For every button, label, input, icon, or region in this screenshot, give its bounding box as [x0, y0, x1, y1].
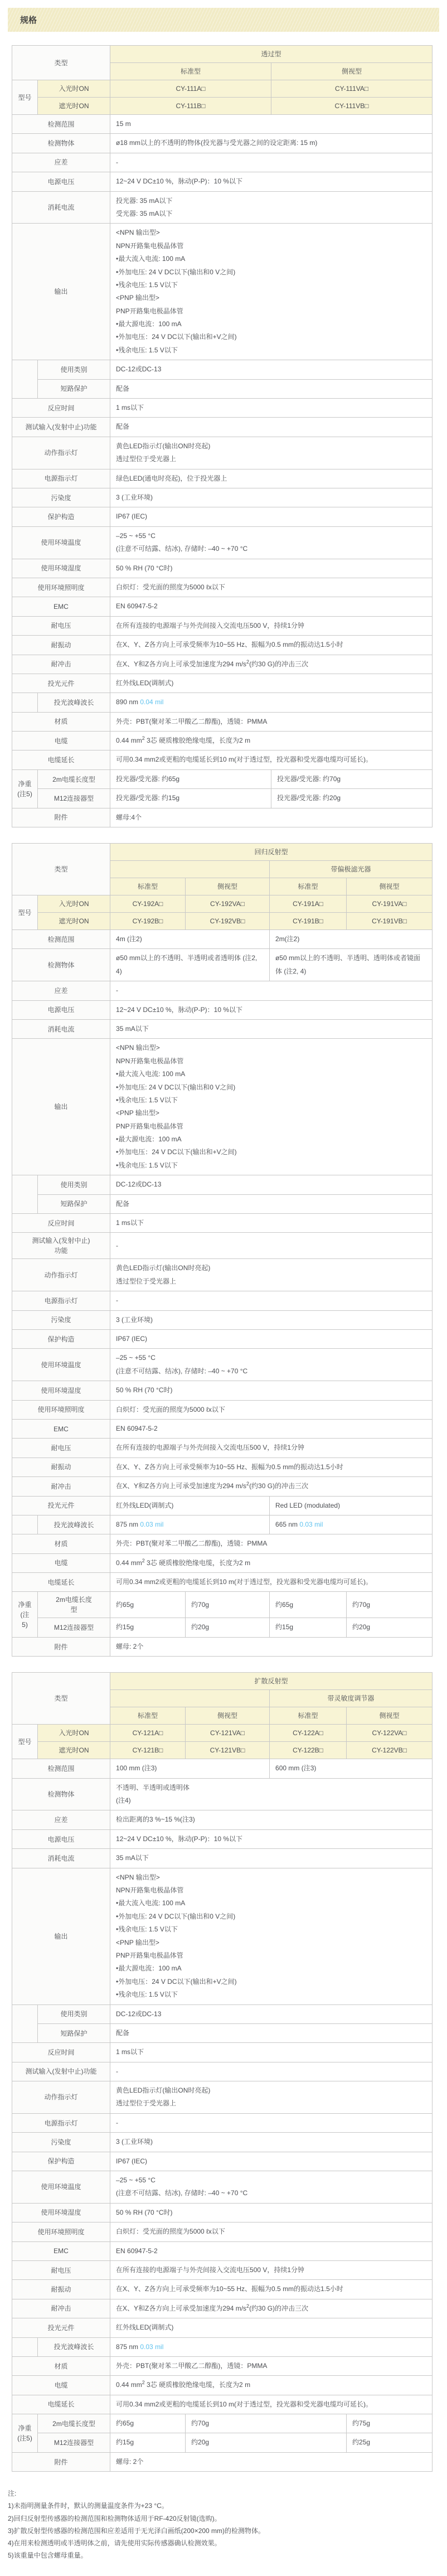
table-row: 使用类别DC-12或DC-13	[12, 360, 433, 379]
text-segment: 35 mA以下	[116, 1025, 149, 1033]
text-segment: Red LED (modulated)	[275, 1502, 340, 1509]
spec-label: 电源指示灯	[12, 469, 110, 488]
text-segment: 螺母: 2个	[116, 2458, 143, 2466]
table-row: M12连接器型投光器/受光器: 约15g投光器/受光器: 约20g	[12, 789, 433, 808]
text-segment: 3 (工业环境)	[116, 1316, 153, 1324]
spec-label: 投光元件	[12, 674, 110, 693]
text-segment: 50 % RH (70 °C时)	[116, 1386, 173, 1394]
spec-label: EMC	[12, 1419, 110, 1438]
text-segment: -	[116, 986, 118, 994]
section-header: 规格	[8, 8, 439, 32]
spec-value: 3 (工业环境)	[110, 2133, 433, 2152]
spec-label: 反应时间	[12, 399, 110, 418]
spec-label: 使用环境湿度	[12, 1381, 110, 1400]
text-segment: 约15g	[116, 1623, 134, 1631]
text-segment: 螺母: 2个	[116, 1643, 143, 1650]
text-segment: -	[116, 1296, 118, 1304]
table-row: EMCEN 60947-5-2	[12, 597, 433, 616]
spec-value: –25 ~ +55 °C (注意不可结露、结冰), 存储时: –40 ~ +70…	[110, 526, 433, 559]
table-row: 检测范围100 mm (注3)600 mm (注3)	[12, 1759, 433, 1778]
model-number-cell: CY-111B□	[110, 98, 271, 115]
text-segment: 1 ms以下	[116, 1219, 144, 1227]
section-title: 规格	[20, 16, 37, 25]
spec-label: 短路保护	[38, 1194, 110, 1213]
text-segment: 在X、Y和Z各方向上可承受加速度为294 m/s	[116, 660, 246, 668]
text-segment: <NPN 输出型> NPN开路集电极晶体管 •最大流入电流: 100 mA •外…	[116, 229, 237, 354]
spec-value: 在所有连接的电源端子与外壳间接入交流电压500 V，持续1分钟	[110, 1439, 433, 1458]
spec-label: 附件	[12, 2452, 110, 2471]
text-segment: 黄色LED指示灯(输出ON时亮起) 透过型位于受光器上	[116, 442, 210, 463]
unit-conversion-link[interactable]: 0.03 mil	[299, 1521, 323, 1528]
text-segment: 约25g	[352, 2438, 370, 2446]
spec-value: 1 ms以下	[110, 2043, 433, 2062]
table-row: 保护构造IP67 (IEC)	[12, 2152, 433, 2171]
table-row: 使用类别DC-12或DC-13	[12, 2004, 433, 2023]
spec-label: 投光元件	[12, 2318, 110, 2337]
model-number-cell: CY-121VA□	[186, 1725, 270, 1742]
table-row: 检测物体ø50 mm以上的不透明、半透明或者透明体 (注2, 4)ø50 mm以…	[12, 949, 433, 981]
spec-value: 可用0.34 mm2或更粗的电缆延长到10 m(对于透过型，投光器和受光器电缆均…	[110, 2395, 433, 2414]
text-segment: 15 m	[116, 120, 131, 128]
spec-label: 应差	[12, 153, 110, 172]
table-row: 消耗电流35 mA以下	[12, 1849, 433, 1868]
spec-value: -	[110, 981, 433, 1000]
text-segment: 3 (工业环境)	[116, 2138, 153, 2146]
spec-value: 4m (注2)	[110, 930, 270, 949]
table-row: 耐电压在所有连接的电源端子与外壳间接入交流电压500 V，持续1分钟	[12, 2260, 433, 2279]
model-label-cell: 型号	[12, 80, 38, 115]
spec-value: IP67 (IEC)	[110, 507, 433, 526]
spec-value: -	[110, 2113, 433, 2132]
text-segment: 外壳：PBT(聚对苯二甲酸乙二醇酯)，透镜：PMMA	[116, 2362, 267, 2370]
column-header-cell: 侧视型	[271, 63, 433, 80]
spec-value: 投光器/受光器: 约20g	[271, 789, 433, 808]
text-segment: 约15g	[275, 1623, 293, 1631]
spec-value: 1 ms以下	[110, 1214, 433, 1233]
table-row: 应差-	[12, 153, 433, 172]
model-condition-cell: 遮光时ON	[38, 913, 110, 930]
table-row: 投光波峰波长875 nm 0.03 mil665 nm 0.03 mil	[12, 1515, 433, 1534]
spec-value: 15 m	[110, 115, 433, 134]
model-number-cell: CY-111VA□	[271, 80, 433, 98]
table-row: 耐振动在X、Y、Z各方向上可承受频率为10~55 Hz、振幅为0.5 mm的振动…	[12, 2280, 433, 2299]
table-row: 污染度3 (工业环境)	[12, 488, 433, 507]
model-number-cell: CY-192VA□	[186, 895, 270, 913]
table-row: 检测范围15 m	[12, 115, 433, 134]
spec-value: –25 ~ +55 °C (注意不可结露、结冰), 存储时: –40 ~ +70…	[110, 1349, 433, 1381]
text-segment: IP67 (IEC)	[116, 2157, 147, 2165]
spec-label: 耐冲击	[12, 1477, 110, 1496]
spec-value: 投光器/受光器: 约15g	[110, 789, 271, 808]
spec-label: 使用类别	[38, 1175, 110, 1194]
text-segment: EN 60947-5-2	[116, 602, 158, 610]
spec-value: ø18 mm以上的不透明的物体(投光器与受光器之间的设定距离: 15 m)	[110, 134, 433, 153]
spec-label: 检测范围	[12, 930, 110, 949]
spec-value: 约20g	[186, 2433, 347, 2452]
note-item: 4)在用来检测透明或半透明体之前，请先使用实际传感器确认检测效果。	[8, 2537, 439, 2549]
spec-value: 50 % RH (70 °C时)	[110, 2203, 433, 2222]
spec-label: 投光波峰波长	[38, 693, 110, 712]
table-row: 电缆0.44 mm2 3芯 硬质橡胶绝缘电缆，长度为2 m	[12, 2376, 433, 2395]
spec-label: 附件	[12, 808, 110, 827]
spec-value: 100 mm (注3)	[110, 1759, 270, 1778]
text-segment: 约65g	[116, 2419, 134, 2427]
spec-label: 电源指示灯	[12, 2113, 110, 2132]
indent-spacer-cell	[12, 1175, 38, 1214]
model-number-cell: CY-121VB□	[186, 1742, 270, 1759]
unit-conversion-link[interactable]: 0.03 mil	[140, 1521, 163, 1528]
table-row: 电源电压12~24 V DC±10 %，脉动(P-P)：10 %以下	[12, 172, 433, 191]
table-row: EMCEN 60947-5-2	[12, 2241, 433, 2260]
spec-value: 3 (工业环境)	[110, 488, 433, 507]
table-row: 保护构造IP67 (IEC)	[12, 507, 433, 526]
spec-label: 应差	[12, 981, 110, 1000]
text-segment: 在X、Y、Z各方向上可承受频率为10~55 Hz、振幅为0.5 mm的振动达1.…	[116, 1463, 343, 1471]
spec-value: 配备	[110, 1194, 433, 1213]
table-row: 使用环境温度–25 ~ +55 °C (注意不可结露、结冰), 存储时: –40…	[12, 526, 433, 559]
text-segment: 4m (注2)	[116, 935, 142, 943]
retroreflective-table-wrap: 类型回归反射型带偏极滤光器标准型侧视型标准型侧视型型号入光时ONCY-192A□…	[12, 843, 432, 1657]
table-row: 使用环境湿度50 % RH (70 °C时)	[12, 559, 433, 578]
table-row: 使用环境温度–25 ~ +55 °C (注意不可结露、结冰), 存储时: –40…	[12, 1349, 433, 1381]
type-label-cell: 类型	[12, 1673, 110, 1725]
spec-label: 2m电缆长度 型	[38, 1592, 110, 1618]
spec-label: 检测物体	[12, 949, 110, 981]
type-label-cell: 类型	[12, 844, 110, 895]
table-row: 检测物体ø18 mm以上的不透明的物体(投光器与受光器之间的设定距离: 15 m…	[12, 134, 433, 153]
text-segment: -	[116, 1242, 118, 1250]
model-number-cell: CY-122VB□	[347, 1742, 433, 1759]
spec-table-retroreflective: 类型回归反射型带偏极滤光器标准型侧视型标准型侧视型型号入光时ONCY-192A□…	[12, 843, 433, 1657]
spec-label: 反应时间	[12, 1214, 110, 1233]
spec-label: 耐电压	[12, 1439, 110, 1458]
column-header-cell: 标准型	[110, 878, 186, 895]
model-number-cell: CY-191VB□	[347, 913, 433, 930]
text-segment: 约20g	[191, 2438, 209, 2446]
spec-value: 外壳：PBT(聚对苯二甲酸乙二醇酯)，透镜：PMMA	[110, 2356, 433, 2375]
spec-value: 约70g	[186, 1592, 270, 1618]
text-segment: 投光器: 35 mA以下 受光器: 35 mA以下	[116, 197, 172, 217]
spec-value: 投光器/受光器: 约70g	[271, 769, 433, 788]
table-row: 使用环境照明度白炽灯：受光面的照度为5000 ℓx以下	[12, 2222, 433, 2241]
text-segment: DC-12或DC-13	[116, 365, 161, 373]
table-row: 型号入光时ONCY-121A□CY-121VA□CY-122A□CY-122VA…	[12, 1725, 433, 1742]
spec-value: -	[110, 1291, 433, 1310]
spec-label: 检测范围	[12, 115, 110, 134]
text-segment: IP67 (IEC)	[116, 512, 147, 520]
table-row: 应差-	[12, 981, 433, 1000]
spec-label: 使用环境照明度	[12, 2222, 110, 2241]
spec-value: 在X、Y、Z各方向上可承受频率为10~55 Hz、振幅为0.5 mm的振动达1.…	[110, 1458, 433, 1476]
spec-value: –25 ~ +55 °C (注意不可结露、结冰), 存储时: –40 ~ +70…	[110, 2171, 433, 2204]
text-segment: 投光器/受光器: 约15g	[116, 794, 179, 802]
spec-label: 保护构造	[12, 1330, 110, 1349]
table-row: 耐振动在X、Y、Z各方向上可承受频率为10~55 Hz、振幅为0.5 mm的振动…	[12, 636, 433, 655]
spec-label: 消耗电流	[12, 1019, 110, 1038]
spec-label: 使用环境温度	[12, 2171, 110, 2204]
spec-value: 约65g	[110, 1592, 186, 1618]
text-segment: 在所有连接的电源端子与外壳间接入交流电压500 V，持续1分钟	[116, 2266, 304, 2274]
model-condition-cell: 遮光时ON	[38, 98, 110, 115]
model-number-cell: CY-191VA□	[347, 895, 433, 913]
table-row: 附件螺母: 2个	[12, 1637, 433, 1656]
spec-label: 使用环境湿度	[12, 559, 110, 578]
spec-value: 外壳：PBT(聚对苯二甲酸乙二醇酯)，透镜：PMMA	[110, 712, 433, 731]
text-segment: 可用0.34 mm2或更粗的电缆延长到10 m(对于透过型，投光器和受光器电缆均…	[116, 1578, 372, 1586]
spec-label: 电源电压	[12, 172, 110, 191]
spec-label: 短路保护	[38, 2023, 110, 2042]
table-row: 使用环境照明度白炽灯：受光面的照度为5000 ℓx以下	[12, 1400, 433, 1419]
unit-conversion-link[interactable]: 0.04 mil	[140, 698, 163, 706]
table-row: 动作指示灯黄色LED指示灯(输出ON时亮起) 透过型位于受光器上	[12, 437, 433, 469]
spec-table-diffuse-reflective: 类型扩散反射型带灵敏度调节器标准型侧视型标准型侧视型型号入光时ONCY-121A…	[12, 1672, 433, 2472]
text-segment: 可用0.34 mm2或更粗的电缆延长到10 m(对于透过型，投光器和受光器电缆均…	[116, 756, 372, 763]
spec-label: 使用类别	[38, 2004, 110, 2023]
column-header-cell: 标准型	[110, 1707, 186, 1725]
table-row: 保护构造IP67 (IEC)	[12, 1330, 433, 1349]
table-row: 检测物体不透明、半透明或透明体 (注4)	[12, 1778, 433, 1810]
spec-label: 使用环境温度	[12, 1349, 110, 1381]
text-segment: 配备	[116, 385, 129, 393]
spec-label: 短路保护	[38, 379, 110, 398]
spec-label: 测试输入(发射中止) 功能	[12, 1233, 110, 1259]
table-row: 投光波峰波长875 nm 0.03 mil	[12, 2337, 433, 2356]
model-number-cell: CY-111A□	[110, 80, 271, 98]
spec-label: 污染度	[12, 1310, 110, 1329]
footnote-list: 1)未指明测量条件时，默认的测量温度条件为+23 °C。2)回归反射型传感器的检…	[8, 2500, 439, 2562]
table-row: 电源指示灯-	[12, 1291, 433, 1310]
spec-value: 约15g	[110, 2433, 186, 2452]
spec-value: 约65g	[270, 1592, 347, 1618]
text-segment: 约15g	[116, 2438, 134, 2446]
spec-value: DC-12或DC-13	[110, 1175, 433, 1194]
table-row: 使用环境湿度50 % RH (70 °C时)	[12, 1381, 433, 1400]
table-row: 电源电压12~24 V DC±10 %，脉动(P-P)：10 %以下	[12, 1829, 433, 1848]
text-segment: (约30 G)的冲击三次	[249, 2304, 308, 2312]
indent-spacer-cell	[12, 360, 38, 399]
spec-value: 红外线LED(调制式)	[110, 674, 433, 693]
text-segment: 3芯 硬质橡胶绝缘电缆，长度为2 m	[145, 737, 250, 744]
text-segment: 配备	[116, 1200, 129, 1208]
text-segment: 约70g	[191, 2419, 209, 2427]
model-number-cell: CY-121B□	[110, 1742, 186, 1759]
table-row: 短路保护配备	[12, 379, 433, 398]
text-segment: 12~24 V DC±10 %，脉动(P-P)：10 %以下	[116, 177, 242, 185]
text-segment: 在所有连接的电源端子与外壳间接入交流电压500 V，持续1分钟	[116, 1444, 304, 1451]
note-item: 2)回归反射型传感器的检测范围和检测物体适用于RF-420反射镜(选购)。	[8, 2512, 439, 2525]
spec-label: 污染度	[12, 2133, 110, 2152]
subgroup-header-cell: 带灵敏度调节器	[270, 1690, 433, 1707]
spec-value: ø50 mm以上的不透明、半透明或者透明体 (注2, 4)	[110, 949, 270, 981]
spec-label: 投光波峰波长	[38, 1515, 110, 1534]
text-segment: 绿色LED(通电时亮起)，位于投光器上	[116, 474, 227, 482]
spec-value: Red LED (modulated)	[270, 1496, 433, 1515]
spec-label: 投光波峰波长	[38, 2337, 110, 2356]
table-row: 电源指示灯-	[12, 2113, 433, 2132]
spec-label: M12连接器型	[38, 1618, 110, 1637]
table-row: 净重 (注5)2m电缆长度型投光器/受光器: 约65g投光器/受光器: 约70g	[12, 769, 433, 788]
text-segment: EN 60947-5-2	[116, 1425, 158, 1432]
spec-value: 0.44 mm2 3芯 硬质橡胶绝缘电缆，长度为2 m	[110, 732, 433, 750]
note-item: 1)未指明测量条件时，默认的测量温度条件为+23 °C。	[8, 2500, 439, 2512]
spec-label: 材质	[12, 712, 110, 731]
text-segment: 外壳：PBT(聚对苯二甲酸乙二醇酯)，透镜：PMMA	[116, 718, 267, 725]
table-row: 类型回归反射型	[12, 844, 433, 861]
model-number-cell: CY-192A□	[110, 895, 186, 913]
table-row: 使用环境温度–25 ~ +55 °C (注意不可结露、结冰), 存储时: –40…	[12, 2171, 433, 2204]
table-row: 附件螺母: 2个	[12, 2452, 433, 2471]
spec-value: 1 ms以下	[110, 399, 433, 418]
group-label-cell: 净重 (注5)	[12, 769, 38, 808]
text-segment: 在X、Y、Z各方向上可承受频率为10~55 Hz、振幅为0.5 mm的振动达1.…	[116, 641, 343, 648]
text-segment: 投光器/受光器: 约70g	[277, 775, 341, 783]
spec-value: 2m(注2)	[270, 930, 433, 949]
spec-label: EMC	[12, 597, 110, 616]
text-segment: 黄色LED指示灯(输出ON时亮起) 透过型位于受光器上	[116, 2086, 210, 2107]
table-row: 投光元件红外线LED(调制式)	[12, 2318, 433, 2337]
spec-label: 电源指示灯	[12, 1291, 110, 1310]
spec-label: 测试输入(发射中止)功能	[12, 418, 110, 437]
spec-value: 黄色LED指示灯(输出ON时亮起) 透过型位于受光器上	[110, 1259, 433, 1291]
table-row: 输出<NPN 输出型> NPN开路集电极晶体管 •最大流入电流: 100 mA …	[12, 224, 433, 360]
text-segment: 100 mm (注3)	[116, 1764, 157, 1772]
spec-value: -	[110, 1233, 433, 1259]
diffuse-reflective-table-wrap: 类型扩散反射型带灵敏度调节器标准型侧视型标准型侧视型型号入光时ONCY-121A…	[12, 1672, 432, 2472]
spec-label: 材质	[12, 2356, 110, 2375]
group-header-cell: 回归反射型	[110, 844, 433, 861]
spec-value: 约15g	[270, 1618, 347, 1637]
text-segment: 约65g	[275, 1601, 293, 1609]
spec-value: 在X、Y、Z各方向上可承受频率为10~55 Hz、振幅为0.5 mm的振动达1.…	[110, 636, 433, 655]
spec-label: M12连接器型	[38, 789, 110, 808]
text-segment: 约65g	[116, 1601, 134, 1609]
spec-label: 输出	[12, 1039, 110, 1175]
spec-value: 3 (工业环境)	[110, 1310, 433, 1329]
spec-label: 输出	[12, 224, 110, 360]
spec-value: 黄色LED指示灯(输出ON时亮起) 透过型位于受光器上	[110, 437, 433, 469]
spec-label: 使用环境照明度	[12, 1400, 110, 1419]
table-row: 反应时间1 ms以下	[12, 1214, 433, 1233]
spec-value: -	[110, 2062, 433, 2081]
model-number-cell: CY-111VB□	[271, 98, 433, 115]
table-row: 输出<NPN 输出型> NPN开路集电极晶体管 •最大流入电流: 100 mA …	[12, 1868, 433, 2004]
text-segment: ø18 mm以上的不透明的物体(投光器与受光器之间的设定距离: 15 m)	[116, 139, 317, 147]
indent-spacer-cell	[12, 1515, 38, 1534]
spec-value: 0.44 mm2 3芯 硬质橡胶绝缘电缆，长度为2 m	[110, 2376, 433, 2395]
spec-value: 约65g	[110, 2414, 186, 2433]
text-segment: 875 nm	[116, 2343, 140, 2351]
text-segment: 12~24 V DC±10 %，脉动(P-P)：10 %以下	[116, 1006, 242, 1014]
spec-value: 在所有连接的电源端子与外壳间接入交流电压500 V，持续1分钟	[110, 2260, 433, 2279]
spec-value: 12~24 V DC±10 %，脉动(P-P)：10 %以下	[110, 1000, 433, 1019]
table-row: 电缆延长可用0.34 mm2或更粗的电缆延长到10 m(对于透过型，投光器和受光…	[12, 1573, 433, 1592]
spec-label: 电源电压	[12, 1000, 110, 1019]
table-row: 电源指示灯绿色LED(通电时亮起)，位于投光器上	[12, 469, 433, 488]
table-row: 测试输入(发射中止)功能配备	[12, 418, 433, 437]
table-row: 投光元件红外线LED(调制式)Red LED (modulated)	[12, 1496, 433, 1515]
text-segment: 约20g	[352, 1623, 370, 1631]
spec-value: 12~24 V DC±10 %，脉动(P-P)：10 %以下	[110, 172, 433, 191]
text-segment: 35 mA以下	[116, 1854, 149, 1862]
text-segment: ø50 mm以上的不透明、半透明或者透明体 (注2, 4)	[116, 954, 257, 975]
spec-value: 检出距离的3 %~15 %(注3)	[110, 1810, 433, 1829]
model-condition-cell: 入光时ON	[38, 80, 110, 98]
unit-conversion-link[interactable]: 0.03 mil	[140, 2343, 163, 2351]
text-segment: 配备	[116, 2029, 129, 2037]
empty-header-cell	[110, 1690, 270, 1707]
table-row: 短路保护配备	[12, 1194, 433, 1213]
model-number-cell: CY-122B□	[270, 1742, 347, 1759]
spec-value: 白炽灯：受光面的照度为5000 ℓx以下	[110, 2222, 433, 2241]
table-row: 反应时间1 ms以下	[12, 2043, 433, 2062]
text-segment: 890 nm	[116, 698, 140, 706]
column-header-cell: 侧视型	[186, 1707, 270, 1725]
spec-label: 电缆延长	[12, 1573, 110, 1592]
spec-value: <NPN 输出型> NPN开路集电极晶体管 •最大流入电流: 100 mA •外…	[110, 1868, 433, 2004]
footnotes-title: 注:	[8, 2487, 439, 2500]
column-header-cell: 标准型	[270, 878, 347, 895]
spec-label: 电源电压	[12, 1829, 110, 1848]
text-segment: 投光器/受光器: 约65g	[116, 775, 179, 783]
spec-table-through-beam: 类型透过型标准型侧视型型号入光时ONCY-111A□CY-111VA□遮光时ON…	[12, 45, 433, 827]
spec-value: EN 60947-5-2	[110, 2241, 433, 2260]
spec-value: 600 mm (注3)	[270, 1759, 433, 1778]
table-row: 遮光时ONCY-121B□CY-121VB□CY-122B□CY-122VB□	[12, 1742, 433, 1759]
model-number-cell: CY-122VA□	[347, 1725, 433, 1742]
text-segment: 红外线LED(调制式)	[116, 1502, 173, 1509]
table-row: 材质外壳：PBT(聚对苯二甲酸乙二醇酯)，透镜：PMMA	[12, 712, 433, 731]
column-header-cell: 侧视型	[186, 878, 270, 895]
spec-label: 消耗电流	[12, 1849, 110, 1868]
text-segment: 约70g	[191, 1601, 209, 1609]
model-number-cell: CY-121A□	[110, 1725, 186, 1742]
spec-value: 12~24 V DC±10 %，脉动(P-P)：10 %以下	[110, 1829, 433, 1848]
column-header-cell: 标准型	[110, 63, 271, 80]
spec-value: 665 nm 0.03 mil	[270, 1515, 433, 1534]
spec-value: 约15g	[110, 1618, 186, 1637]
text-segment: 1 ms以下	[116, 404, 144, 411]
model-condition-cell: 入光时ON	[38, 895, 110, 913]
spec-value: 在X、Y和Z各方向上可承受加速度为294 m/s2(约30 G)的冲击三次	[110, 2299, 433, 2318]
text-segment: 875 nm	[116, 1521, 140, 1528]
text-segment: 螺母:4个	[116, 814, 142, 821]
table-row: 材质外壳：PBT(聚对苯二甲酸乙二醇酯)，透镜：PMMA	[12, 1534, 433, 1553]
spec-label: 耐冲击	[12, 2299, 110, 2318]
spec-label: 应差	[12, 1810, 110, 1829]
table-row: 消耗电流35 mA以下	[12, 1019, 433, 1038]
table-row: 使用类别DC-12或DC-13	[12, 1175, 433, 1194]
column-header-cell: 侧视型	[347, 1707, 433, 1725]
table-row: 电缆延长可用0.34 mm2或更粗的电缆延长到10 m(对于透过型，投光器和受光…	[12, 2395, 433, 2414]
subgroup-header-cell: 带偏极滤光器	[270, 861, 433, 878]
model-condition-cell: 入光时ON	[38, 1725, 110, 1742]
table-row: 电缆延长可用0.34 mm2或更粗的电缆延长到10 m(对于透过型，投光器和受光…	[12, 750, 433, 769]
spec-value: 在X、Y和Z各方向上可承受加速度为294 m/s2(约30 G)的冲击三次	[110, 655, 433, 674]
table-row: 耐电压在所有连接的电源端子与外壳间接入交流电压500 V，持续1分钟	[12, 616, 433, 635]
spec-label: 使用环境照明度	[12, 578, 110, 597]
table-row: 耐振动在X、Y、Z各方向上可承受频率为10~55 Hz、振幅为0.5 mm的振动…	[12, 1458, 433, 1476]
text-segment: 投光器/受光器: 约20g	[277, 794, 341, 802]
spec-label: 耐冲击	[12, 655, 110, 674]
model-number-cell: CY-191B□	[270, 913, 347, 930]
table-row: 检测范围4m (注2)2m(注2)	[12, 930, 433, 949]
spec-value: DC-12或DC-13	[110, 360, 433, 379]
text-segment: 红外线LED(调制式)	[116, 679, 173, 687]
spec-value: 配备	[110, 379, 433, 398]
table-row: 耐冲击在X、Y和Z各方向上可承受加速度为294 m/s2(约30 G)的冲击三次	[12, 2299, 433, 2318]
table-row: 输出<NPN 输出型> NPN开路集电极晶体管 •最大流入电流: 100 mA …	[12, 1039, 433, 1175]
text-segment: <NPN 输出型> NPN开路集电极晶体管 •最大流入电流: 100 mA •外…	[116, 1044, 237, 1169]
